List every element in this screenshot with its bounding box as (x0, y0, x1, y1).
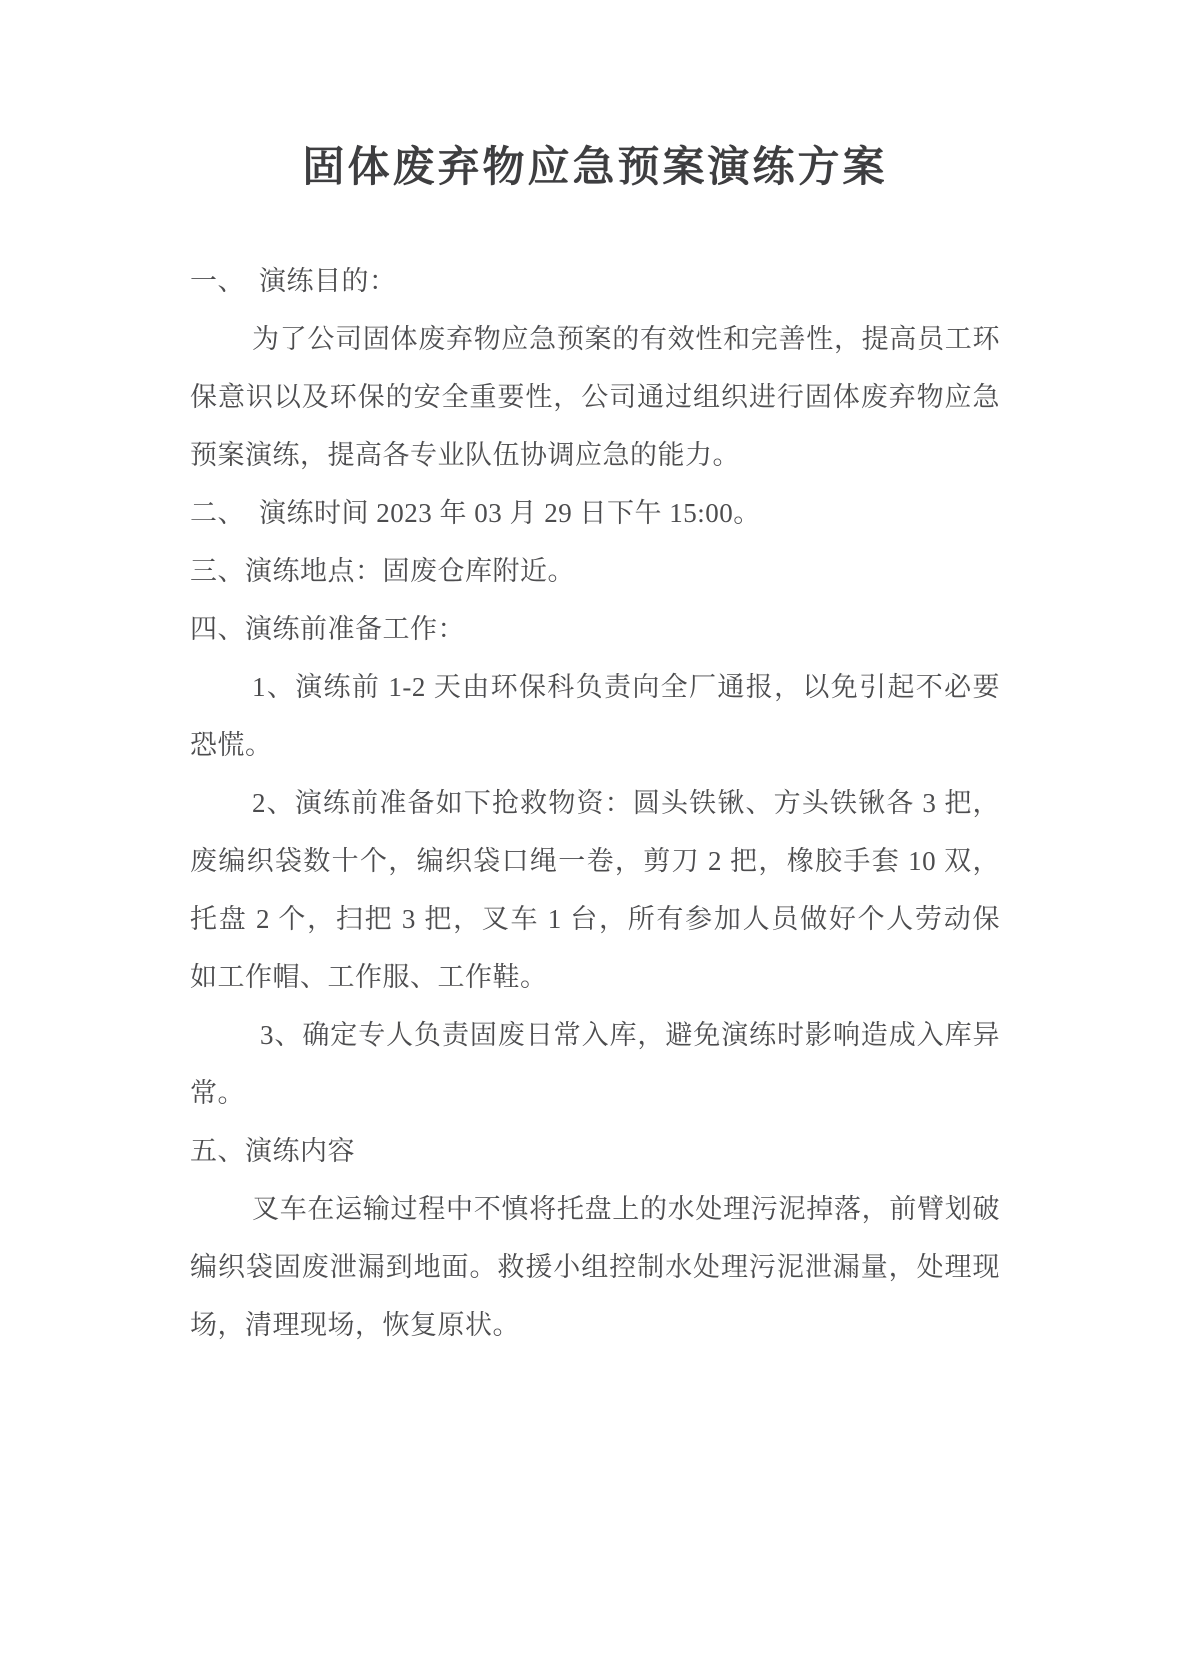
section-5-body-line: 编织袋固废泄漏到地面。救援小组控制水处理污泥泄漏量，处理现 (190, 1238, 1000, 1296)
item-2-line: 2、演练前准备如下抢救物资：圆头铁锹、方头铁锹各 3 把，危 (190, 774, 1000, 832)
item-1-line: 1、演练前 1-2 天由环保科负责向全厂通报，以免引起不必要的 (190, 658, 1000, 716)
item-1-line: 恐慌。 (190, 716, 1000, 774)
document-body: 一、 演练目的： 为了公司固体废弃物应急预案的有效性和完善性，提高员工环 保意识… (190, 252, 1000, 1354)
item-3-line: 3、确定专人负责固废日常入库，避免演练时影响造成入库异 (190, 1006, 1000, 1064)
section-4-heading: 四、演练前准备工作： (190, 600, 1000, 658)
document-page: 固体废弃物应急预案演练方案 一、 演练目的： 为了公司固体废弃物应急预案的有效性… (0, 0, 1190, 1678)
section-5-heading: 五、演练内容 (190, 1122, 1000, 1180)
section-1-heading: 一、 演练目的： (190, 252, 1000, 310)
document-title: 固体废弃物应急预案演练方案 (190, 141, 1000, 193)
section-1-body-line: 保意识以及环保的安全重要性，公司通过组织进行固体废弃物应急 (190, 368, 1000, 426)
section-5-body-line: 场，清理现场，恢复原状。 (190, 1296, 1000, 1354)
item-2-line: 废编织袋数十个，编织袋口绳一卷，剪刀 2 把，橡胶手套 10 双，木 (190, 832, 1000, 890)
section-3-heading: 三、演练地点：固废仓库附近。 (190, 542, 1000, 600)
section-5-body-line: 叉车在运输过程中不慎将托盘上的水处理污泥掉落，前臂划破 (190, 1180, 1000, 1238)
section-1-body-line: 预案演练，提高各专业队伍协调应急的能力。 (190, 426, 1000, 484)
document-content: 固体废弃物应急预案演练方案 一、 演练目的： 为了公司固体废弃物应急预案的有效性… (190, 0, 1000, 1354)
item-3-line: 常。 (190, 1064, 1000, 1122)
item-2-line: 托盘 2 个，扫把 3 把，叉车 1 台，所有参加人员做好个人劳动保护， (190, 890, 1000, 948)
section-2-heading: 二、 演练时间 2023 年 03 月 29 日下午 15:00。 (190, 484, 1000, 542)
section-1-body-line: 为了公司固体废弃物应急预案的有效性和完善性，提高员工环 (190, 310, 1000, 368)
item-2-line: 如工作帽、工作服、工作鞋。 (190, 948, 1000, 1006)
